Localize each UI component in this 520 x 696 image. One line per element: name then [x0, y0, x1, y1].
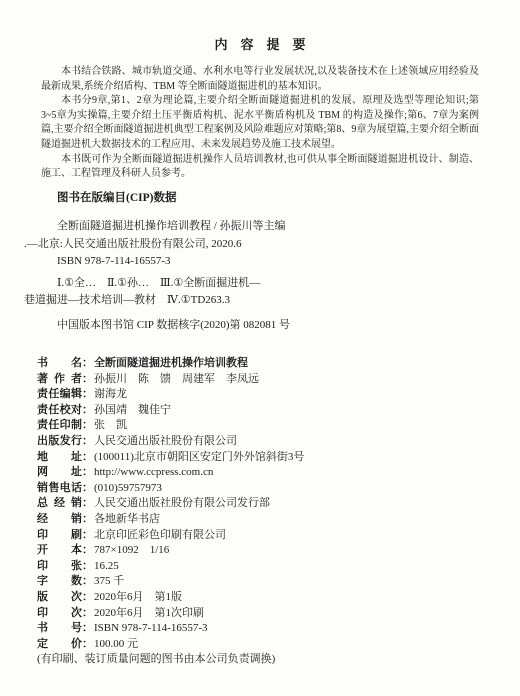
colophon-value: 2020年6月 第1次印刷 [94, 607, 204, 619]
summary-paragraph: 本书分9章,第1、2章为理论篇,主要介绍全断面隧道掘进机的发展、原理及选型等理论… [41, 94, 479, 152]
colophon-value: 人民交通出版社股份有限公司 [94, 435, 237, 447]
colon-separator: ： [82, 638, 93, 650]
colophon-value: (010)59757973 [94, 482, 162, 494]
cip-line: 巷道掘进—技术培训—教材 Ⅳ.①TD263.3 [24, 292, 477, 310]
colophon-label: 网址 [37, 465, 82, 481]
colon-separator: ： [82, 404, 93, 416]
colophon-value: 人民交通出版社股份有限公司发行部 [94, 497, 270, 509]
colophon-value: (100011)北京市朝阳区安定门外外馆斜街3号 [94, 451, 304, 463]
colophon-row-format: 开本：787×1092 1/16 [37, 543, 487, 559]
colophon-value: 孙振川 陈 馈 周建军 李凤远 [94, 373, 259, 385]
cip-line: Ⅰ.①全… Ⅱ.①孙… Ⅲ.①全断面掘进机— [57, 275, 477, 293]
colon-separator: ： [82, 357, 93, 369]
colophon-label: 出版发行 [37, 434, 82, 450]
colophon-row-book-title: 书名：全断面隧道掘进机操作培训教程 [37, 356, 487, 372]
colophon-row-address: 地址：(100011)北京市朝阳区安定门外外馆斜街3号 [37, 450, 487, 466]
colophon-row-authors: 著作者：孙振川 陈 馈 周建军 李凤远 [37, 372, 487, 388]
colophon-label: 地址 [37, 450, 82, 466]
colon-separator: ： [82, 513, 93, 525]
colophon-row-word-count: 字数：375 千 [37, 574, 487, 590]
colon-separator: ： [82, 544, 93, 556]
colophon-row-sales-phone: 销售电话：(010)59757973 [37, 481, 487, 497]
content-summary-section: 内 容 提 要 本书结合铁路、城市轨道交通、水利水电等行业发展状况,以及装备技术… [41, 38, 479, 182]
colophon-value: http://www.ccpress.com.cn [94, 466, 213, 478]
colophon-label: 总经销 [37, 496, 82, 512]
summary-paragraph: 本书结合铁路、城市轨道交通、水利水电等行业发展状况,以及装备技术在上述领域应用经… [41, 65, 479, 94]
cip-line: .—北京:人民交通出版社股份有限公司, 2020.6 [24, 236, 477, 254]
colophon-label: 印刷 [37, 528, 82, 544]
colophon-value: ISBN 978-7-114-16557-3 [94, 622, 208, 634]
colophon-label: 书名 [37, 356, 82, 372]
colophon-value: 全断面隧道掘进机操作培训教程 [94, 357, 248, 369]
colon-separator: ： [82, 435, 93, 447]
colon-separator: ： [82, 388, 93, 400]
colon-separator: ： [82, 482, 93, 494]
colophon-section: 书名：全断面隧道掘进机操作培训教程 著作者：孙振川 陈 馈 周建军 李凤远 责任… [37, 356, 487, 668]
colon-separator: ： [82, 591, 93, 603]
colophon-row-printer: 印刷：北京印匠彩色印刷有限公司 [37, 528, 487, 544]
colon-separator: ： [82, 575, 93, 587]
colophon-value: 谢海龙 [94, 388, 127, 400]
colon-separator: ： [82, 529, 93, 541]
colophon-label: 书号 [37, 621, 82, 637]
colophon-value: 孙国靖 魏佳宁 [94, 404, 171, 416]
summary-paragraph: 本书既可作为全断面隧道掘进机操作人员培训教材,也可供从事全断面隧道掘进机设计、制… [41, 153, 479, 182]
colophon-value: 2020年6月 第1版 [94, 591, 182, 603]
colophon-label: 字数 [37, 574, 82, 590]
colophon-label: 印张 [37, 559, 82, 575]
colophon-value: 787×1092 1/16 [94, 544, 169, 556]
colophon-label: 责任编辑 [37, 387, 82, 403]
colophon-label: 开本 [37, 543, 82, 559]
cip-section: 图书在版编目(CIP)数据 全断面隧道掘进机操作培训教程 / 孙振川等主编 .—… [57, 191, 477, 334]
content-summary-title: 内 容 提 要 [41, 38, 479, 52]
colophon-value: 北京印匠彩色印刷有限公司 [94, 529, 226, 541]
cip-title: 图书在版编目(CIP)数据 [57, 191, 477, 205]
colophon-row-print-supervisor: 责任印制：张 凯 [37, 418, 487, 434]
colon-separator: ： [82, 497, 93, 509]
colophon-value: 张 凯 [94, 419, 127, 431]
colophon-row-proofreaders: 责任校对：孙国靖 魏佳宁 [37, 403, 487, 419]
colophon-value: 16.25 [94, 560, 119, 572]
colophon-label: 责任校对 [37, 403, 82, 419]
colophon-row-price: 定价：100.00 元 [37, 637, 487, 653]
colophon-label: 印次 [37, 606, 82, 622]
colophon-label: 定价 [37, 637, 82, 653]
colon-separator: ： [82, 373, 93, 385]
colophon-row-general-distributor: 总经销：人民交通出版社股份有限公司发行部 [37, 496, 487, 512]
colophon-label: 经销 [37, 512, 82, 528]
quality-exchange-note: (有印刷、装订质量问题的图书由本公司负责调换) [37, 652, 487, 668]
book-copyright-page: 内 容 提 要 本书结合铁路、城市轨道交通、水利水电等行业发展状况,以及装备技术… [0, 0, 520, 696]
colophon-value: 100.00 元 [94, 638, 138, 650]
colophon-label: 著作者 [37, 372, 82, 388]
colophon-row-editor: 责任编辑：谢海龙 [37, 387, 487, 403]
colophon-row-edition: 版次：2020年6月 第1版 [37, 590, 487, 606]
colophon-row-impression: 印次：2020年6月 第1次印刷 [37, 606, 487, 622]
colophon-value: 各地新华书店 [94, 513, 160, 525]
colophon-row-website: 网址：http://www.ccpress.com.cn [37, 465, 487, 481]
colon-separator: ： [82, 451, 93, 463]
colophon-label: 责任印制 [37, 418, 82, 434]
cip-line: 中国版本图书馆 CIP 数据核字(2020)第 082081 号 [57, 317, 477, 335]
colophon-row-publisher: 出版发行：人民交通出版社股份有限公司 [37, 434, 487, 450]
colon-separator: ： [82, 466, 93, 478]
cip-line: 全断面隧道掘进机操作培训教程 / 孙振川等主编 [57, 218, 477, 236]
colophon-label: 销售电话 [37, 481, 82, 497]
colon-separator: ： [82, 607, 93, 619]
colon-separator: ： [82, 560, 93, 572]
colophon-row-sheets: 印张：16.25 [37, 559, 487, 575]
colon-separator: ： [82, 622, 93, 634]
colophon-row-distributor: 经销：各地新华书店 [37, 512, 487, 528]
colophon-value: 375 千 [94, 575, 124, 587]
colophon-row-isbn: 书号：ISBN 978-7-114-16557-3 [37, 621, 487, 637]
colon-separator: ： [82, 419, 93, 431]
cip-line: ISBN 978-7-114-16557-3 [57, 253, 477, 271]
colophon-label: 版次 [37, 590, 82, 606]
